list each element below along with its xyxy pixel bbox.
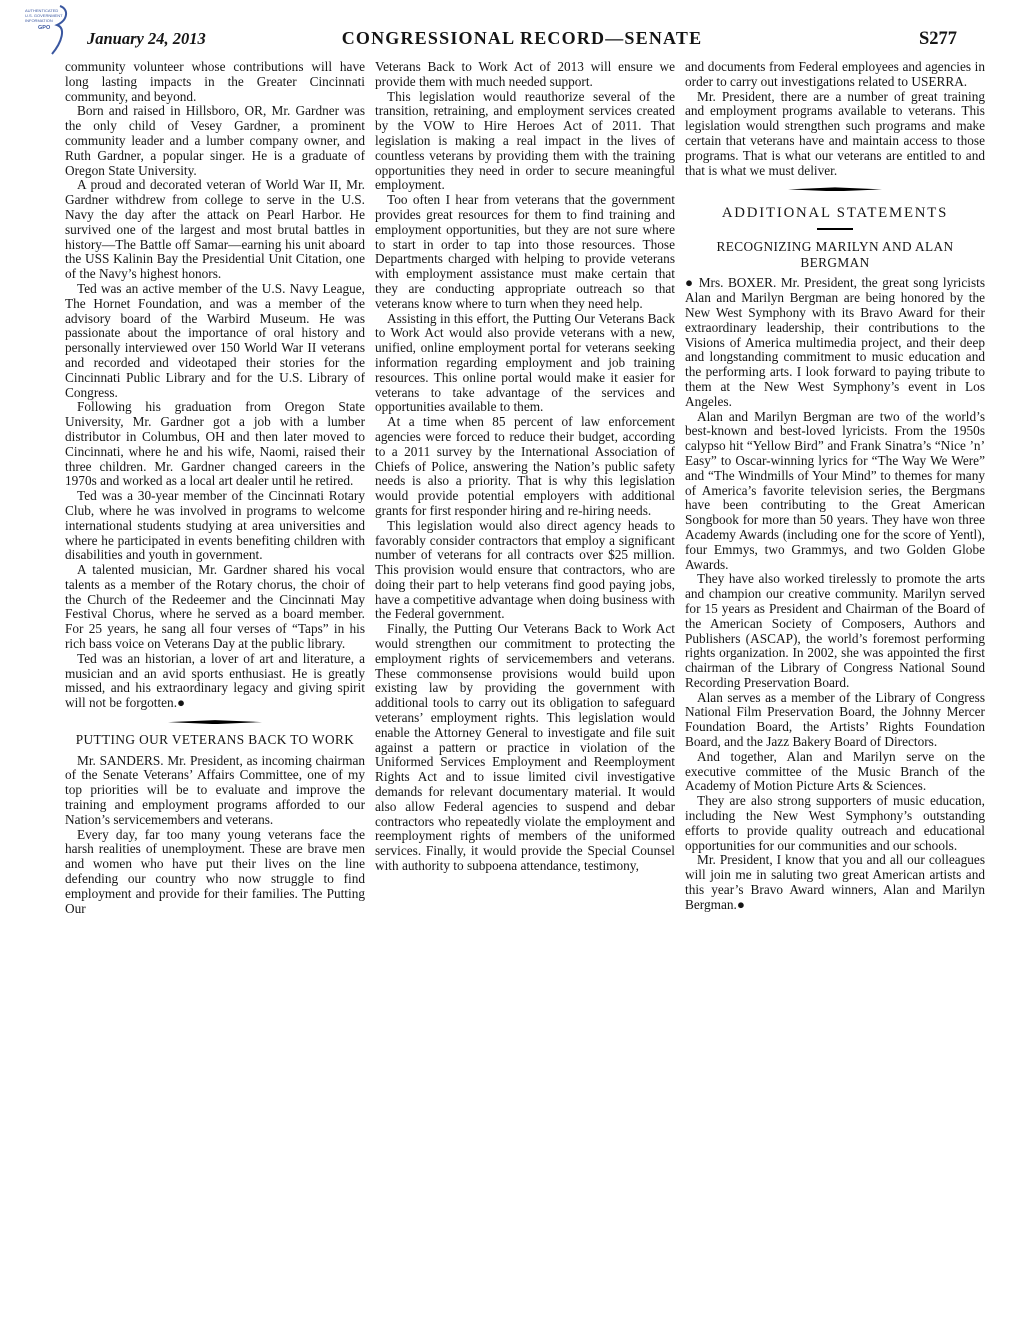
paragraph: They have also worked tirelessly to prom… bbox=[685, 572, 985, 690]
paragraph: Alan and Marilyn Bergman are two of the … bbox=[685, 410, 985, 573]
paragraph: This legislation would also direct agenc… bbox=[375, 519, 675, 623]
logo-text-gpo: GPO bbox=[38, 25, 51, 31]
paragraph: A talented musician, Mr. Gardner shared … bbox=[65, 563, 365, 652]
paragraph: ● Mrs. BOXER. Mr. President, the great s… bbox=[685, 276, 985, 409]
paragraph: They are also strong supporters of music… bbox=[685, 794, 985, 853]
paragraph: Alan serves as a member of the Library o… bbox=[685, 691, 985, 750]
paragraph: Mr. President, I know that you and all o… bbox=[685, 853, 985, 912]
column-center: Veterans Back to Work Act of 2013 will e… bbox=[375, 60, 675, 1316]
paragraph: Mr. President, there are a number of gre… bbox=[685, 90, 985, 179]
column-layout: community volunteer whose contributions … bbox=[65, 60, 985, 1316]
paragraph: At a time when 85 percent of law enforce… bbox=[375, 415, 675, 519]
paragraph: Born and raised in Hillsboro, OR, Mr. Ga… bbox=[65, 104, 365, 178]
logo-text-line3: INFORMATION bbox=[25, 18, 53, 23]
paragraph: Every day, far too many young veterans f… bbox=[65, 828, 365, 917]
paragraph: Ted was a 30-year member of the Cincinna… bbox=[65, 489, 365, 563]
paragraph: Assisting in this effort, the Putting Ou… bbox=[375, 312, 675, 416]
page-header: January 24, 2013 CONGRESSIONAL RECORD—SE… bbox=[65, 28, 985, 50]
column-right: and documents from Federal employees and… bbox=[685, 60, 985, 1316]
page-number: S277 bbox=[702, 29, 985, 50]
paragraph: Too often I hear from veterans that the … bbox=[375, 193, 675, 311]
paragraph: A proud and decorated veteran of World W… bbox=[65, 178, 365, 282]
column-left: community volunteer whose contributions … bbox=[65, 60, 365, 1316]
paragraph: Veterans Back to Work Act of 2013 will e… bbox=[375, 60, 675, 90]
heading-rule bbox=[817, 228, 853, 230]
paragraph: and documents from Federal employees and… bbox=[685, 60, 985, 90]
article-heading-putting-veterans: PUTTING OUR VETERANS BACK TO WORK bbox=[75, 732, 355, 748]
paragraph: Finally, the Putting Our Veterans Back t… bbox=[375, 622, 675, 874]
paragraph: Ted was an active member of the U.S. Nav… bbox=[65, 282, 365, 400]
paragraph: Mr. SANDERS. Mr. President, as incoming … bbox=[65, 754, 365, 828]
paragraph: This legislation would reauthorize sever… bbox=[375, 90, 675, 194]
paragraph: And together, Alan and Marilyn serve on … bbox=[685, 750, 985, 794]
page-date: January 24, 2013 bbox=[65, 29, 342, 49]
section-heading-additional-statements: ADDITIONAL STATEMENTS bbox=[685, 205, 985, 222]
paragraph: Following his graduation from Oregon Sta… bbox=[65, 400, 365, 489]
section-divider bbox=[788, 187, 882, 191]
masthead-title: CONGRESSIONAL RECORD—SENATE bbox=[342, 28, 703, 49]
paragraph: community volunteer whose contributions … bbox=[65, 60, 365, 104]
section-divider bbox=[168, 720, 262, 724]
paragraph: Ted was an historian, a lover of art and… bbox=[65, 652, 365, 711]
article-heading-bergman: RECOGNIZING MARILYN AND ALAN BERGMAN bbox=[695, 239, 975, 270]
